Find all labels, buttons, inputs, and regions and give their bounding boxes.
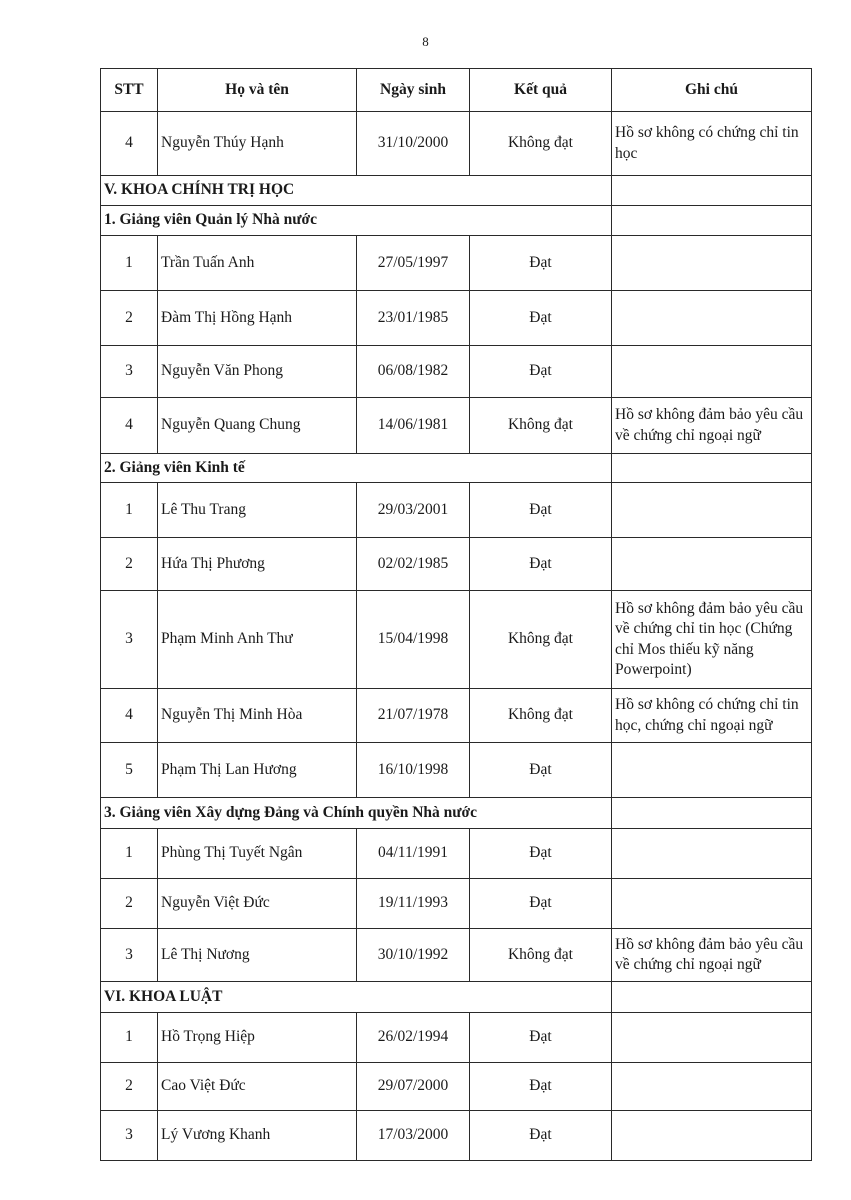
row-stt: 4 [101, 398, 158, 454]
row-result: Đạt [470, 879, 612, 929]
subsection-title: 2. Giảng viên Kinh tế [101, 454, 612, 483]
row-name: Nguyễn Văn Phong [158, 346, 357, 398]
row-stt: 3 [101, 929, 158, 982]
row-dob: 26/02/1994 [357, 1013, 470, 1063]
table-row: 4Nguyễn Quang Chung14/06/1981Không đạtHồ… [101, 398, 812, 454]
table-row: 2Đàm Thị Hồng Hạnh23/01/1985Đạt [101, 291, 812, 346]
table-row: 4Nguyễn Thị Minh Hòa21/07/1978Không đạtH… [101, 689, 812, 743]
row-result: Không đạt [470, 398, 612, 454]
row-note [612, 829, 812, 879]
header-name: Họ và tên [158, 69, 357, 112]
row-note [612, 982, 812, 1013]
row-stt: 3 [101, 346, 158, 398]
row-stt: 1 [101, 236, 158, 291]
row-stt: 3 [101, 591, 158, 689]
row-stt: 4 [101, 112, 158, 176]
row-stt: 2 [101, 879, 158, 929]
row-dob: 27/05/1997 [357, 236, 470, 291]
row-stt: 1 [101, 1013, 158, 1063]
subsection-row: 1. Giảng viên Quản lý Nhà nước [101, 206, 812, 236]
table-row: 3Lê Thị Nương30/10/1992Không đạtHồ sơ kh… [101, 929, 812, 982]
row-name: Lý Vương Khanh [158, 1111, 357, 1161]
row-name: Hồ Trọng Hiệp [158, 1013, 357, 1063]
row-note [612, 483, 812, 538]
row-dob: 19/11/1993 [357, 879, 470, 929]
row-name: Nguyễn Thị Minh Hòa [158, 689, 357, 743]
row-stt: 2 [101, 538, 158, 591]
row-name: Hứa Thị Phương [158, 538, 357, 591]
section-title: VI. KHOA LUẬT [101, 982, 612, 1013]
row-note: Hồ sơ không đảm bảo yêu cầu về chứng chỉ… [612, 398, 812, 454]
row-dob: 17/03/2000 [357, 1111, 470, 1161]
row-note [612, 1013, 812, 1063]
row-name: Nguyễn Thúy Hạnh [158, 112, 357, 176]
row-note [612, 291, 812, 346]
row-result: Đạt [470, 1063, 612, 1111]
row-result: Đạt [470, 743, 612, 798]
row-note [612, 176, 812, 206]
row-note: Hồ sơ không đảm bảo yêu cầu về chứng chỉ… [612, 591, 812, 689]
row-result: Đạt [470, 291, 612, 346]
row-dob: 30/10/1992 [357, 929, 470, 982]
row-dob: 21/07/1978 [357, 689, 470, 743]
row-stt: 3 [101, 1111, 158, 1161]
table-row: 3Phạm Minh Anh Thư15/04/1998Không đạtHồ … [101, 591, 812, 689]
row-note [612, 743, 812, 798]
section-row: VI. KHOA LUẬT [101, 982, 812, 1013]
row-stt: 1 [101, 483, 158, 538]
row-name: Phạm Thị Lan Hương [158, 743, 357, 798]
row-note [612, 454, 812, 483]
row-note: Hồ sơ không có chứng chỉ tin học [612, 112, 812, 176]
subsection-row: 3. Giảng viên Xây dựng Đảng và Chính quy… [101, 798, 812, 829]
table-body: 4Nguyễn Thúy Hạnh31/10/2000Không đạtHồ s… [101, 112, 812, 1161]
row-dob: 31/10/2000 [357, 112, 470, 176]
row-dob: 04/11/1991 [357, 829, 470, 879]
row-stt: 4 [101, 689, 158, 743]
table-row: 1Trần Tuấn Anh27/05/1997Đạt [101, 236, 812, 291]
row-result: Đạt [470, 538, 612, 591]
row-stt: 2 [101, 291, 158, 346]
table-row: 2Cao Việt Đức29/07/2000Đạt [101, 1063, 812, 1111]
row-note: Hồ sơ không có chứng chỉ tin học, chứng … [612, 689, 812, 743]
table-row: 4Nguyễn Thúy Hạnh31/10/2000Không đạtHồ s… [101, 112, 812, 176]
row-result: Đạt [470, 483, 612, 538]
row-name: Đàm Thị Hồng Hạnh [158, 291, 357, 346]
row-result: Đạt [470, 1111, 612, 1161]
row-note [612, 1111, 812, 1161]
row-note [612, 1063, 812, 1111]
header-stt: STT [101, 69, 158, 112]
header-dob: Ngày sinh [357, 69, 470, 112]
row-result: Đạt [470, 1013, 612, 1063]
table-row: 5Phạm Thị Lan Hương16/10/1998Đạt [101, 743, 812, 798]
subsection-row: 2. Giảng viên Kinh tế [101, 454, 812, 483]
row-name: Phùng Thị Tuyết Ngân [158, 829, 357, 879]
header-note: Ghi chú [612, 69, 812, 112]
row-dob: 23/01/1985 [357, 291, 470, 346]
subsection-title: 1. Giảng viên Quản lý Nhà nước [101, 206, 612, 236]
row-note [612, 206, 812, 236]
page-number: 8 [0, 34, 851, 50]
table-row: 3Nguyễn Văn Phong06/08/1982Đạt [101, 346, 812, 398]
row-result: Không đạt [470, 929, 612, 982]
row-stt: 5 [101, 743, 158, 798]
row-result: Đạt [470, 829, 612, 879]
row-result: Không đạt [470, 689, 612, 743]
row-name: Phạm Minh Anh Thư [158, 591, 357, 689]
row-name: Trần Tuấn Anh [158, 236, 357, 291]
table-row: 2Hứa Thị Phương02/02/1985Đạt [101, 538, 812, 591]
row-stt: 2 [101, 1063, 158, 1111]
row-dob: 16/10/1998 [357, 743, 470, 798]
row-result: Đạt [470, 236, 612, 291]
table-row: 3Lý Vương Khanh17/03/2000Đạt [101, 1111, 812, 1161]
subsection-title: 3. Giảng viên Xây dựng Đảng và Chính quy… [101, 798, 612, 829]
table-row: 2Nguyễn Việt Đức19/11/1993Đạt [101, 879, 812, 929]
row-dob: 06/08/1982 [357, 346, 470, 398]
row-name: Cao Việt Đức [158, 1063, 357, 1111]
header-result: Kết quả [470, 69, 612, 112]
table-row: 1Lê Thu Trang29/03/2001Đạt [101, 483, 812, 538]
row-stt: 1 [101, 829, 158, 879]
table-header-row: STT Họ và tên Ngày sinh Kết quả Ghi chú [101, 69, 812, 112]
row-note: Hồ sơ không đảm bảo yêu cầu về chứng chỉ… [612, 929, 812, 982]
row-name: Nguyễn Quang Chung [158, 398, 357, 454]
row-dob: 29/07/2000 [357, 1063, 470, 1111]
row-note [612, 346, 812, 398]
row-note [612, 538, 812, 591]
row-note [612, 879, 812, 929]
section-title: V. KHOA CHÍNH TRỊ HỌC [101, 176, 612, 206]
row-dob: 02/02/1985 [357, 538, 470, 591]
row-result: Đạt [470, 346, 612, 398]
row-result: Không đạt [470, 112, 612, 176]
section-row: V. KHOA CHÍNH TRỊ HỌC [101, 176, 812, 206]
results-table: STT Họ và tên Ngày sinh Kết quả Ghi chú … [100, 68, 812, 1161]
row-dob: 14/06/1981 [357, 398, 470, 454]
table-row: 1Phùng Thị Tuyết Ngân04/11/1991Đạt [101, 829, 812, 879]
table-row: 1Hồ Trọng Hiệp26/02/1994Đạt [101, 1013, 812, 1063]
row-result: Không đạt [470, 591, 612, 689]
row-note [612, 798, 812, 829]
row-dob: 15/04/1998 [357, 591, 470, 689]
row-name: Lê Thị Nương [158, 929, 357, 982]
row-note [612, 236, 812, 291]
row-name: Lê Thu Trang [158, 483, 357, 538]
row-name: Nguyễn Việt Đức [158, 879, 357, 929]
row-dob: 29/03/2001 [357, 483, 470, 538]
